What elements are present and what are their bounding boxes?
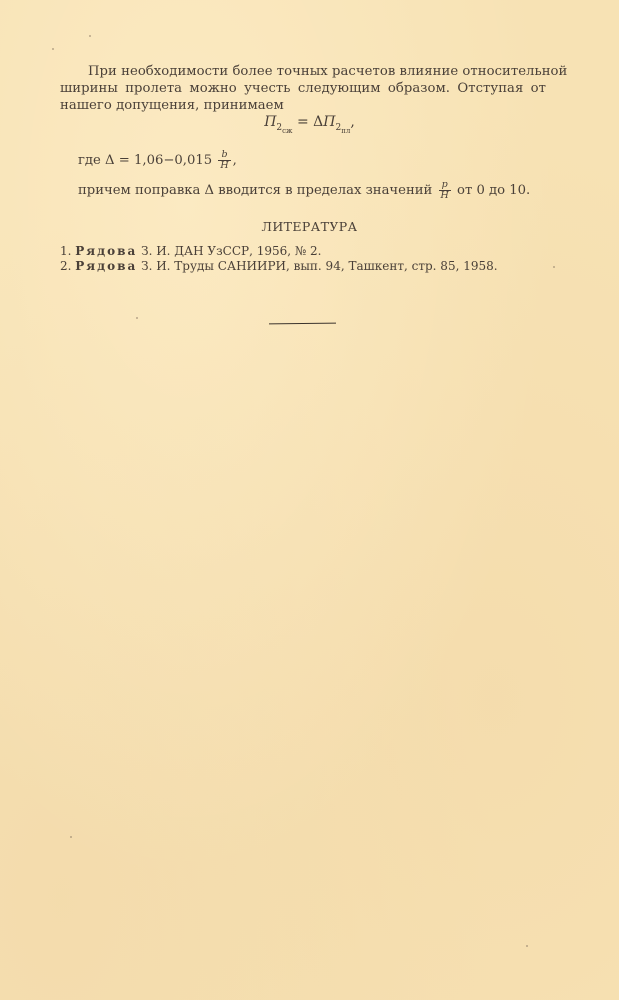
paragraph-line: нашего допущения, принимаем [60, 97, 546, 114]
formula-subsubscript: сж [282, 127, 292, 135]
where-prefix: где [78, 153, 105, 168]
fraction-p-over-h: pH [439, 180, 451, 201]
body-paragraph: При необходимости более точных расчетов … [60, 63, 546, 114]
formula-punct: , [350, 114, 354, 130]
delta-expression: Δ = 1,06−0,015 [105, 153, 216, 168]
end-rule [269, 323, 336, 325]
reference-number: 1. [60, 244, 75, 258]
references-heading: ЛИТЕРАТУРА [0, 219, 619, 234]
range-line: причем поправка Δ вводится в пределах зн… [78, 180, 530, 201]
reference-item: 2. Рядова З. И. Труды САНИИРИ, вып. 94, … [60, 259, 498, 274]
references-list: 1. Рядова З. И. ДАН УзССР, 1956, № 2. 2.… [60, 244, 498, 274]
paper-speck [70, 836, 72, 838]
fraction-denominator: H [218, 161, 230, 171]
formula-delta: Δ [313, 114, 323, 130]
paper-speck [553, 266, 555, 268]
paper-speck [89, 35, 91, 37]
paper-speck [136, 317, 138, 319]
formula-symbol: П [264, 114, 276, 130]
fraction-b-over-h: bH [218, 150, 230, 171]
range-suffix: от 0 до 10. [453, 183, 530, 198]
formula-symbol: П [323, 114, 335, 130]
paper-speck [526, 945, 528, 947]
reference-details: З. И. ДАН УзССР, 1956, № 2. [137, 244, 321, 258]
reference-details: З. И. Труды САНИИРИ, вып. 94, Ташкент, с… [137, 259, 497, 273]
where-suffix: , [233, 153, 237, 168]
where-line: где Δ = 1,06−0,015 bH, [78, 150, 237, 171]
fraction-denominator: H [439, 191, 451, 201]
paragraph-line: При необходимости более точных расчетов … [60, 63, 546, 80]
reference-item: 1. Рядова З. И. ДАН УзССР, 1956, № 2. [60, 244, 498, 259]
range-text: причем поправка Δ вводится в пределах зн… [78, 183, 437, 198]
formula-subsubscript: пл [341, 127, 350, 135]
reference-number: 2. [60, 259, 75, 273]
main-formula: П2сж = ΔП2пл, [0, 114, 619, 135]
reference-author: Рядова [75, 244, 137, 258]
document-page: При необходимости более точных расчетов … [0, 0, 619, 1000]
formula-equals: = [293, 114, 314, 130]
reference-author: Рядова [75, 259, 137, 273]
paragraph-line: ширины пролета можно учесть следующим об… [60, 80, 546, 97]
paper-speck [52, 48, 54, 50]
